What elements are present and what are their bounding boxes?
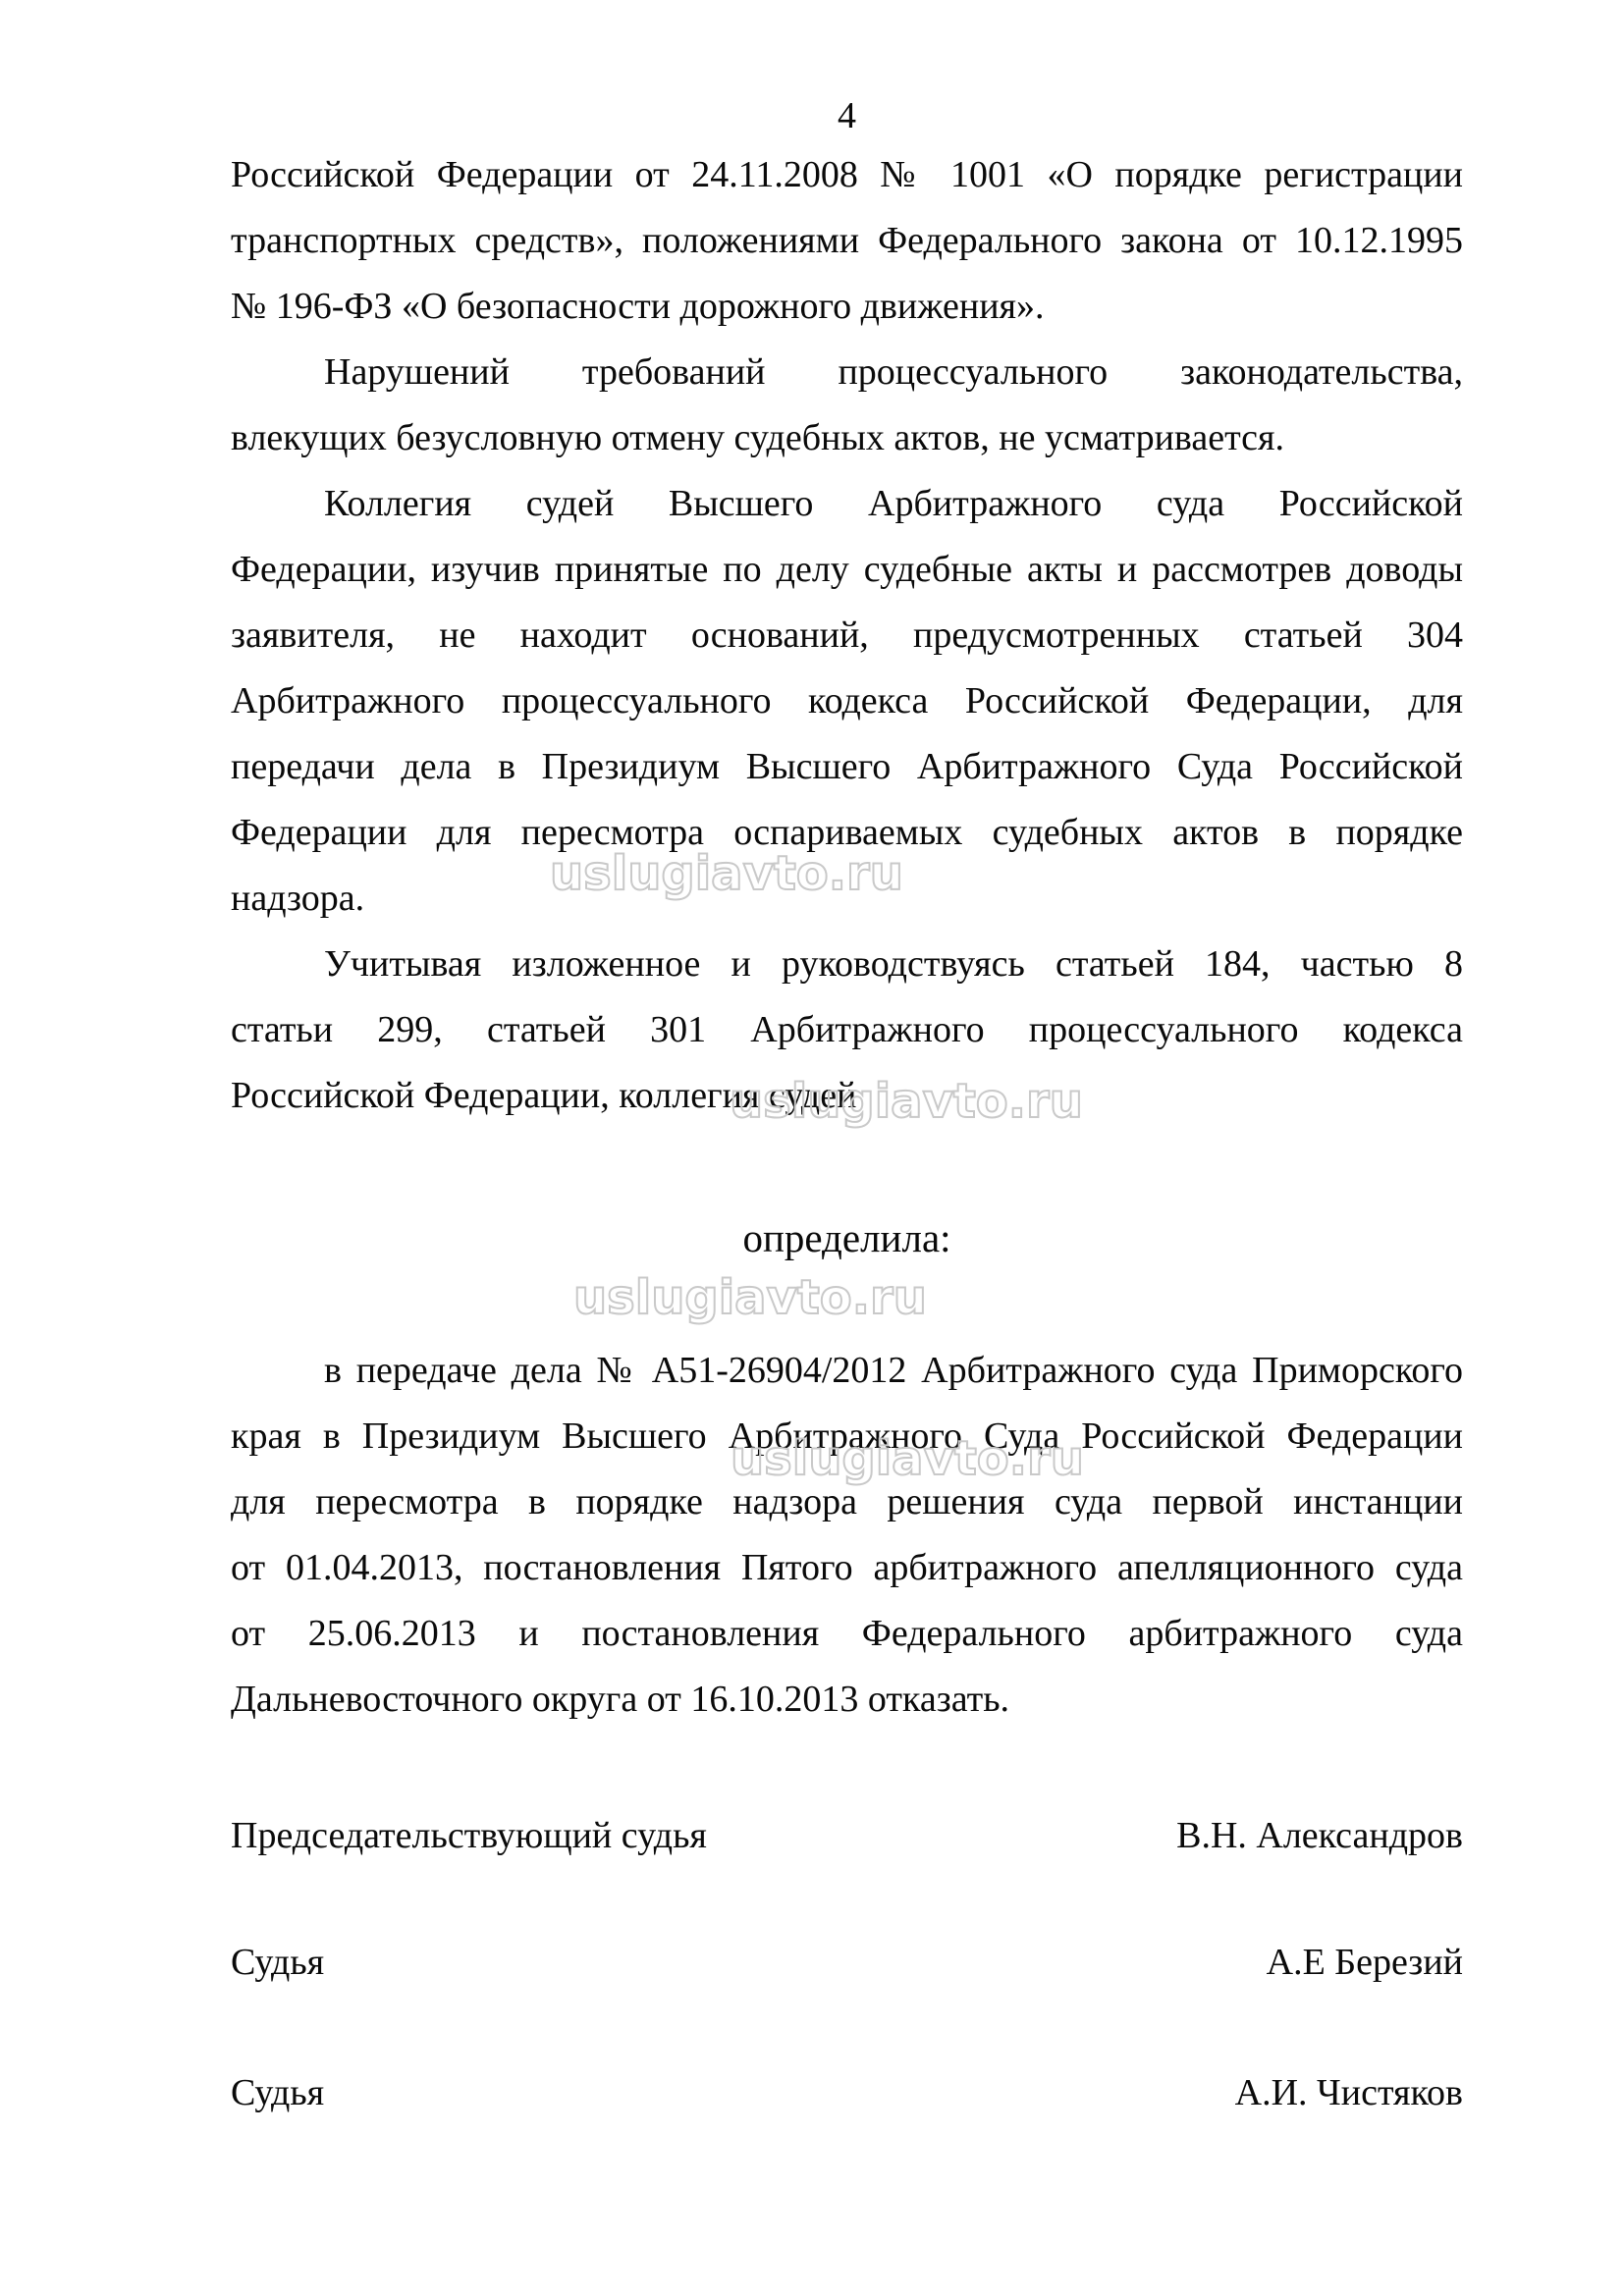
text-line: Нарушений требований процессуального зак… — [231, 340, 1463, 405]
signature-name: А.И. Чистяков — [1235, 2060, 1463, 2126]
text-line: в передаче дела № А51-26904/2012 Арбитра… — [231, 1338, 1463, 1404]
paragraph-panel-conclusion: Коллегия судей Высшего Арбитражного суда… — [231, 471, 1463, 932]
text-line: статьи 299, статьей 301 Арбитражного про… — [231, 997, 1463, 1063]
text-line: от 25.06.2013 и постановления Федерально… — [231, 1601, 1463, 1667]
signature-role: Судья — [231, 2060, 324, 2126]
text-line: транспортных средств», положениями Федер… — [231, 208, 1463, 274]
ruling-paragraph: в передаче дела № А51-26904/2012 Арбитра… — [231, 1338, 1463, 1733]
text-line: Арбитражного процессуального кодекса Рос… — [231, 668, 1463, 734]
text-line: передачи дела в Президиум Высшего Арбитр… — [231, 734, 1463, 800]
text-line: для пересмотра в порядке надзора решения… — [231, 1469, 1463, 1535]
signature-name: А.Е Березий — [1267, 1930, 1463, 1996]
document-body: Российской Федерации от 24.11.2008 № 100… — [231, 142, 1463, 1129]
text-line: края в Президиум Высшего Арбитражного Су… — [231, 1404, 1463, 1469]
signature-row: Председательствующий судья В.Н. Александ… — [231, 1803, 1463, 1869]
signature-row: Судья А.Е Березий — [231, 1930, 1463, 1996]
text-line: заявителя, не находит оснований, предусм… — [231, 603, 1463, 668]
signature-name: В.Н. Александров — [1176, 1803, 1463, 1869]
watermark-text: uslugiavto.ru — [573, 1274, 927, 1321]
paragraph-guided-by-articles: Учитывая изложенное и руководствуясь ста… — [231, 932, 1463, 1129]
paragraph-legal-basis: Российской Федерации от 24.11.2008 № 100… — [231, 142, 1463, 340]
text-line: Федерации для пересмотра оспариваемых су… — [231, 800, 1463, 866]
scanned-court-document-page: 4 Российской Федерации от 24.11.2008 № 1… — [0, 0, 1624, 2296]
text-line: Учитывая изложенное и руководствуясь ста… — [231, 932, 1463, 997]
text-line: Коллегия судей Высшего Арбитражного суда… — [231, 471, 1463, 537]
text-line: Федерации, изучив принятые по делу судеб… — [231, 537, 1463, 603]
text-line: от 01.04.2013, постановления Пятого арби… — [231, 1535, 1463, 1601]
ruling-heading: определила: — [231, 1205, 1463, 1271]
text-line: Дальневосточного округа от 16.10.2013 от… — [231, 1667, 1463, 1733]
signature-role: Судья — [231, 1930, 324, 1996]
text-line: Российской Федерации от 24.11.2008 № 100… — [231, 142, 1463, 208]
signature-row: Судья А.И. Чистяков — [231, 2060, 1463, 2126]
signature-role: Председательствующий судья — [231, 1803, 707, 1869]
text-line: надзора. — [231, 866, 1463, 932]
page-number: 4 — [231, 83, 1463, 149]
text-line: Российской Федерации, коллегия судей — [231, 1063, 1463, 1129]
paragraph-no-violations: Нарушений требований процессуального зак… — [231, 340, 1463, 471]
text-line: влекущих безусловную отмену судебных акт… — [231, 405, 1463, 471]
text-line: № 196-ФЗ «О безопасности дорожного движе… — [231, 274, 1463, 340]
